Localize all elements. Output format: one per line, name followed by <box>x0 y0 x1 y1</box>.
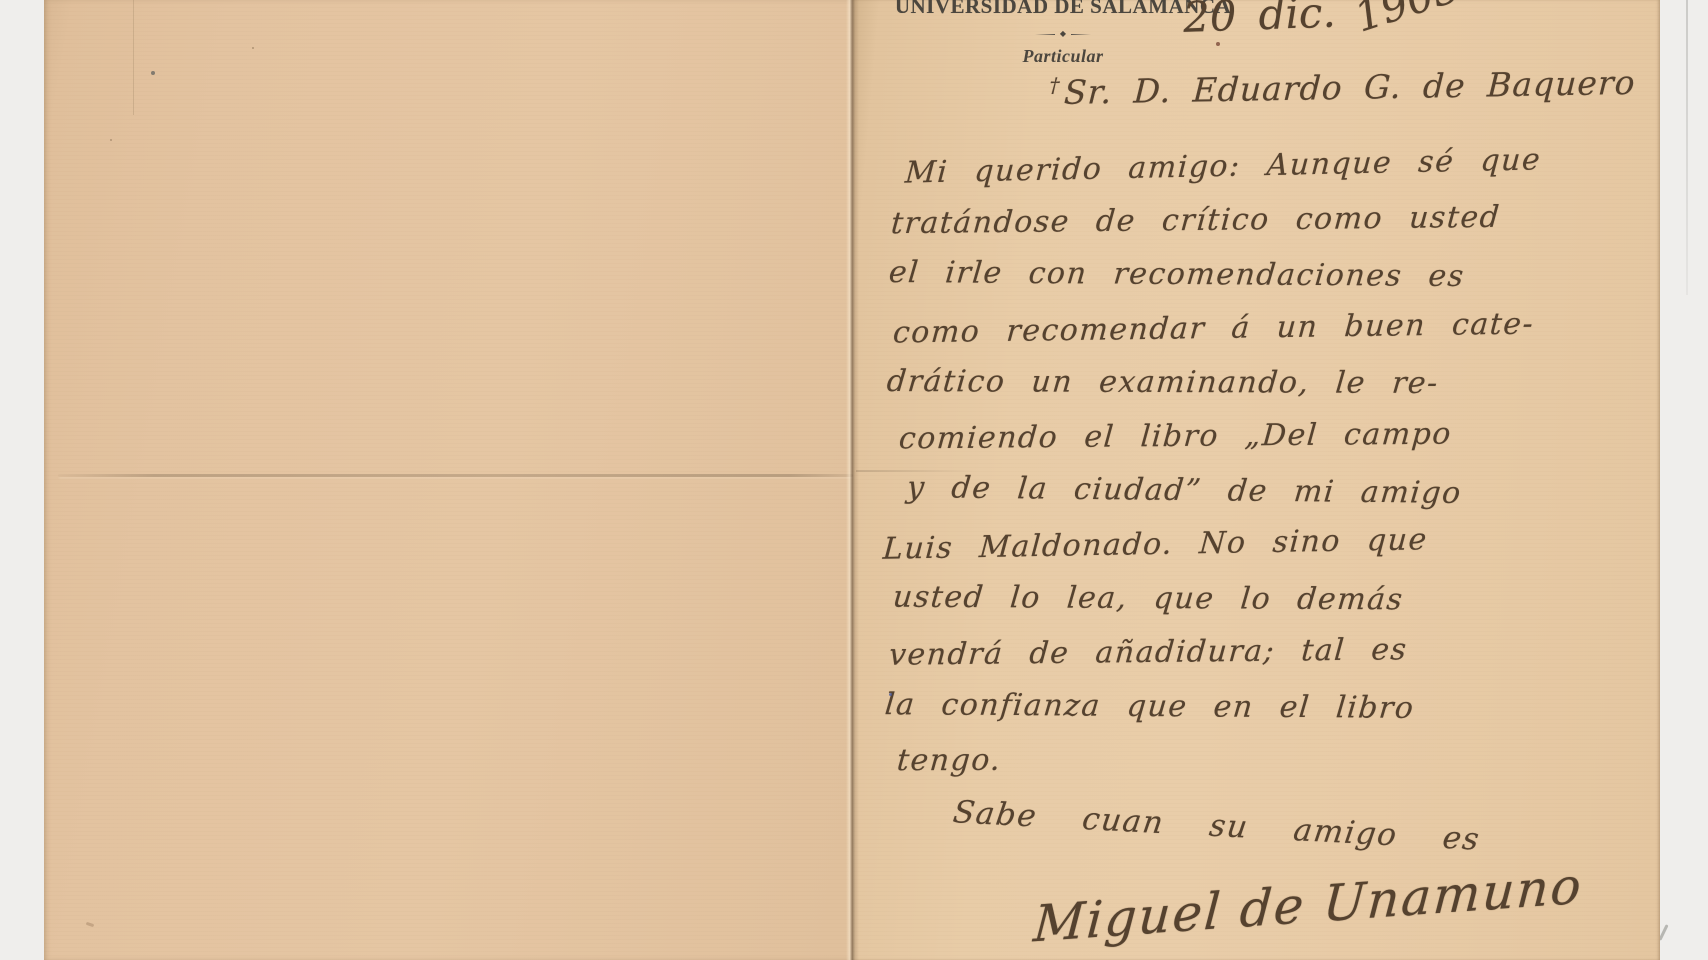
body-line: tengo. <box>895 742 1003 780</box>
scanner-bed-edge-line <box>1686 0 1688 295</box>
ink-speck <box>1216 42 1220 46</box>
body-line: Luis Maldonado. No sino que <box>882 521 1429 569</box>
closing-line: Sabe cuan su amigo es <box>951 794 1483 857</box>
letter-page-left-blank <box>44 0 853 960</box>
paper-speck <box>110 139 112 141</box>
blue-ink-speck <box>889 693 892 696</box>
back-sheet-edge <box>133 0 134 115</box>
body-line: y de la ciudad” de mi amigo <box>905 469 1463 513</box>
body-line: Mi querido amigo: Aunque sé que <box>904 141 1543 192</box>
addressee-line: †Sr. D. Eduardo G. de Baquero <box>1048 63 1637 112</box>
body-line: el irle con recomendaciones es <box>887 254 1466 296</box>
body-line: comiendo el libro „Del campo <box>898 416 1454 459</box>
body-line: drático un examinando, le re- <box>885 363 1440 403</box>
scanned-letter: UNIVERSIDAD DE SALAMANCA ◆ Particular 20… <box>0 0 1708 960</box>
body-line: como recomendar á un buen cate- <box>892 306 1536 353</box>
ornament-rule-left <box>1035 34 1055 35</box>
letter-page-right: UNIVERSIDAD DE SALAMANCA ◆ Particular 20… <box>853 0 1660 960</box>
cross-mark-icon: † <box>1049 73 1061 97</box>
body-line: vendrá de añadidura; tal es <box>888 631 1409 674</box>
addressee-name: Sr. D. Eduardo G. de Baquero <box>1063 63 1637 112</box>
date-day: 20 <box>1182 0 1237 42</box>
horizontal-fold-crease <box>58 474 853 477</box>
ornament-diamond-icon: ◆ <box>1060 30 1066 38</box>
date-year: 1903 <box>1348 0 1465 42</box>
paper-speck <box>252 47 254 49</box>
center-fold <box>846 0 859 960</box>
handwritten-date: 20dic.1903 <box>1182 0 1463 42</box>
body-line: tratándose de crítico como usted <box>890 199 1502 243</box>
body-line: usted lo lea, que lo demás <box>891 579 1405 620</box>
horizontal-fold-crease-right <box>856 470 976 472</box>
signature: Miguel de Unamuno <box>1032 857 1585 954</box>
date-month: dic. <box>1258 0 1337 39</box>
body-line: la confianza que en el libro <box>883 686 1416 728</box>
letterhead-subtitle: Particular <box>893 46 1233 67</box>
letterhead-ornament: ◆ <box>893 30 1233 38</box>
ornament-rule-right <box>1071 34 1091 35</box>
paper-speck <box>151 71 155 75</box>
